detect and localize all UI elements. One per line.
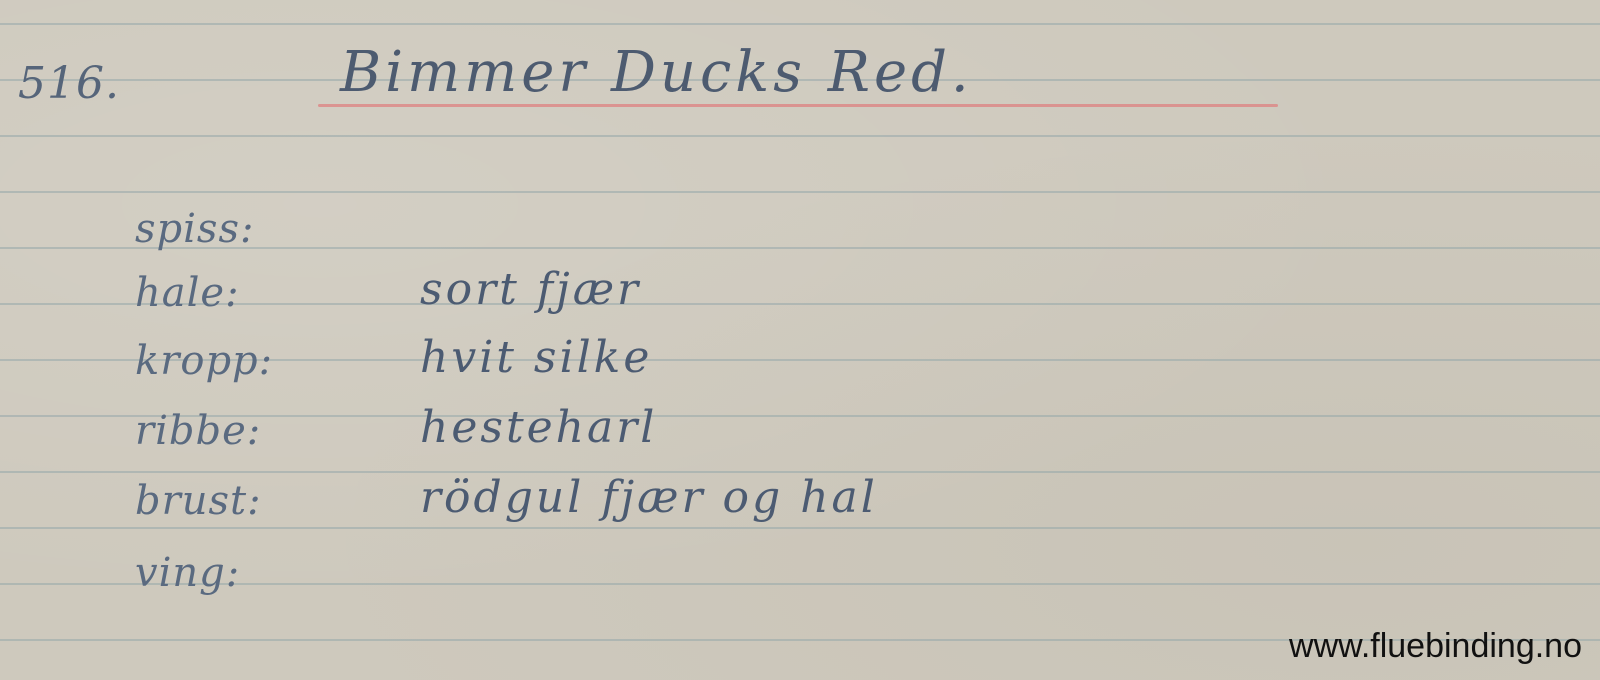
field-label-kropp: kropp: (135, 338, 273, 384)
site-watermark: www.fluebinding.no (1289, 627, 1582, 666)
field-label-hale: hale: (135, 270, 240, 316)
field-label-brust: brust: (135, 478, 262, 524)
field-value-kropp: hvit silke (420, 332, 652, 383)
field-label-ving: ving: (135, 550, 240, 596)
ruled-line (0, 527, 1600, 529)
notebook-page: 516. Bimmer Ducks Red. spiss: hale: sort… (0, 0, 1600, 680)
ruled-line (0, 135, 1600, 137)
field-label-ribbe: ribbe: (135, 408, 261, 454)
ruled-line (0, 191, 1600, 193)
field-value-ribbe: hesteharl (420, 402, 657, 453)
field-value-brust: rödgul fjær og hal (420, 472, 878, 523)
page-title: Bimmer Ducks Red. (340, 40, 973, 105)
field-value-hale: sort fjær (420, 264, 641, 315)
entry-number: 516. (18, 58, 120, 109)
ruled-line (0, 23, 1600, 25)
field-label-spiss: spiss: (135, 206, 254, 252)
ruled-line (0, 303, 1600, 305)
